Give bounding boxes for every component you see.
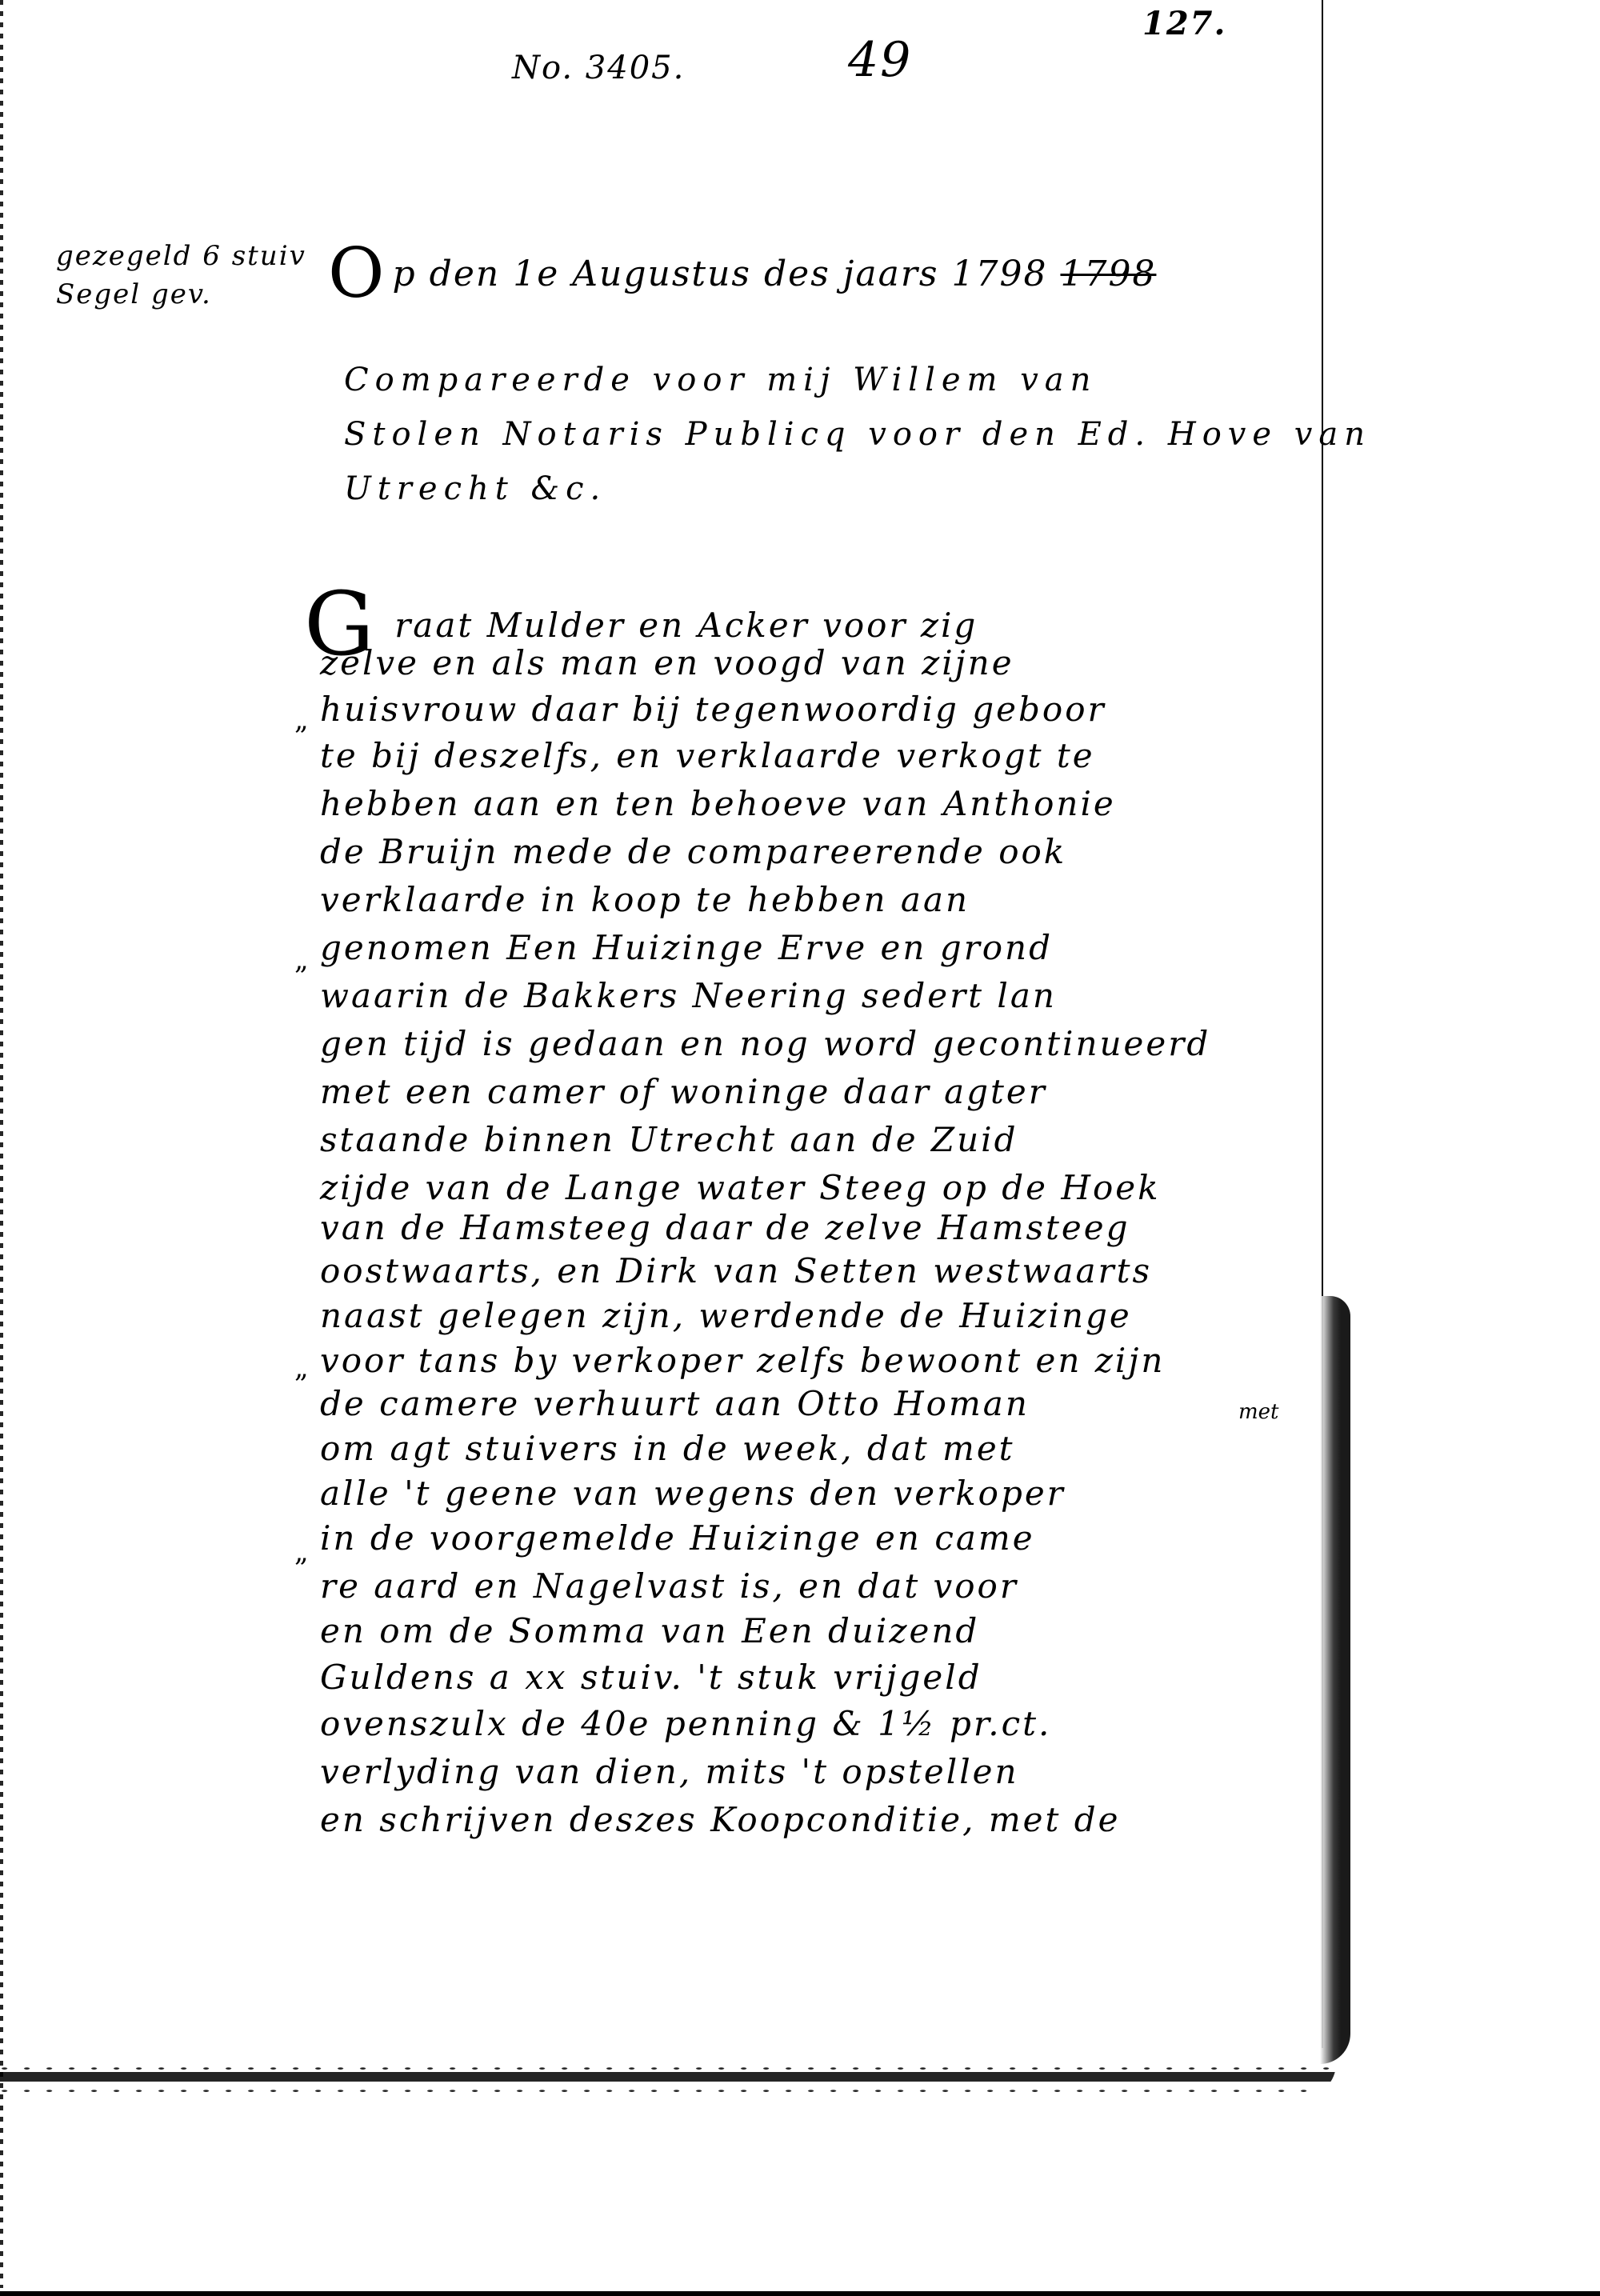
body-line: Guldens a xx stuiv. 't stuk vrijgeld (320, 1658, 982, 1697)
register-number: No. 3405. (512, 50, 685, 86)
line-quote-mark: „ (294, 1352, 309, 1384)
line-quote-mark: „ (294, 944, 309, 976)
body-line: om agt stuivers in de week, dat met (320, 1429, 1015, 1468)
body-line: van de Hamsteeg daar de zelve Hamsteeg (320, 1208, 1130, 1247)
body-line: in de voorgemelde Huizinge en came (320, 1518, 1035, 1558)
margin-note-line: gezegeld 6 stuiv (56, 240, 306, 272)
scan-bottom-border (0, 2291, 1600, 2296)
body-line: voor tans by verkoper zelfs bewoont en z… (320, 1341, 1165, 1380)
body-line: zijde van de Lange water Steeg op de Hoe… (320, 1168, 1161, 1207)
body-line: staande binnen Utrecht aan de Zuid (320, 1120, 1018, 1159)
body-line: re aard en Nagelvast is, en dat voor (320, 1566, 1018, 1606)
body-line: hebben aan en ten behoeve van Anthonie (320, 784, 1116, 823)
body-line: en schrijven deszes Koopconditie, met de (320, 1800, 1120, 1839)
body-line: de Bruijn mede de compareerende ook (320, 832, 1066, 871)
interlinear-insert: met (1238, 1400, 1279, 1424)
intro-line: Utrecht &c. (344, 470, 606, 507)
dateline-text: p den 1e Augustus des jaars 1798 (393, 254, 1061, 294)
margin-note-line: Segel gev. (56, 278, 212, 310)
body-line: gen tijd is gedaan en nog word gecontinu… (320, 1024, 1210, 1063)
intro-line: Stolen Notaris Publicq voor den Ed. Hove… (344, 416, 1371, 453)
dateline-initial: O (328, 234, 386, 314)
page-bottom-edge (0, 2064, 1336, 2096)
body-line: te bij deszelfs, en verklaarde verkogt t… (320, 736, 1095, 775)
body-line: zelve en als man en voogd van zijne (320, 643, 1014, 682)
line-quote-mark: „ (294, 1536, 309, 1568)
body-line: met een camer of woninge daar agter (320, 1072, 1047, 1111)
intro-line: Compareerde voor mij Willem van (344, 362, 1097, 398)
body-line: en om de Somma van Een duizend (320, 1611, 979, 1650)
body-line: huisvrouw daar bij tegenwoordig geboor (320, 690, 1106, 729)
document-page: 127. No. 3405. 49 gezegeld 6 stuiv Segel… (0, 0, 1330, 2092)
body-line: naast gelegen zijn, werdende de Huizinge (320, 1296, 1132, 1335)
folio-number: 127. (1142, 5, 1226, 42)
body-line: waarin de Bakkers Neering sedert lan (320, 976, 1057, 1015)
dateline-struck-year: 1798 (1060, 254, 1156, 294)
page-edge-shadow (1320, 1296, 1350, 2064)
body-line: genomen Een Huizinge Erve en grond (320, 928, 1053, 967)
body-line: oostwaarts, en Dirk van Setten westwaart… (320, 1251, 1152, 1290)
body-line: de camere verhuurt aan Otto Homan (320, 1384, 1030, 1423)
body-line: ovenszulx de 40e penning & 1½ pr.ct. (320, 1704, 1051, 1743)
dateline: Op den 1e Augustus des jaars 1798 1798 (328, 234, 1156, 314)
body-line: verklaarde in koop te hebben aan (320, 880, 970, 919)
act-number: 49 (848, 32, 912, 88)
body-line: verlyding van dien, mits 't opstellen (320, 1752, 1019, 1791)
body-line: alle 't geene van wegens den verkoper (320, 1474, 1066, 1513)
line-quote-mark: „ (294, 704, 309, 736)
